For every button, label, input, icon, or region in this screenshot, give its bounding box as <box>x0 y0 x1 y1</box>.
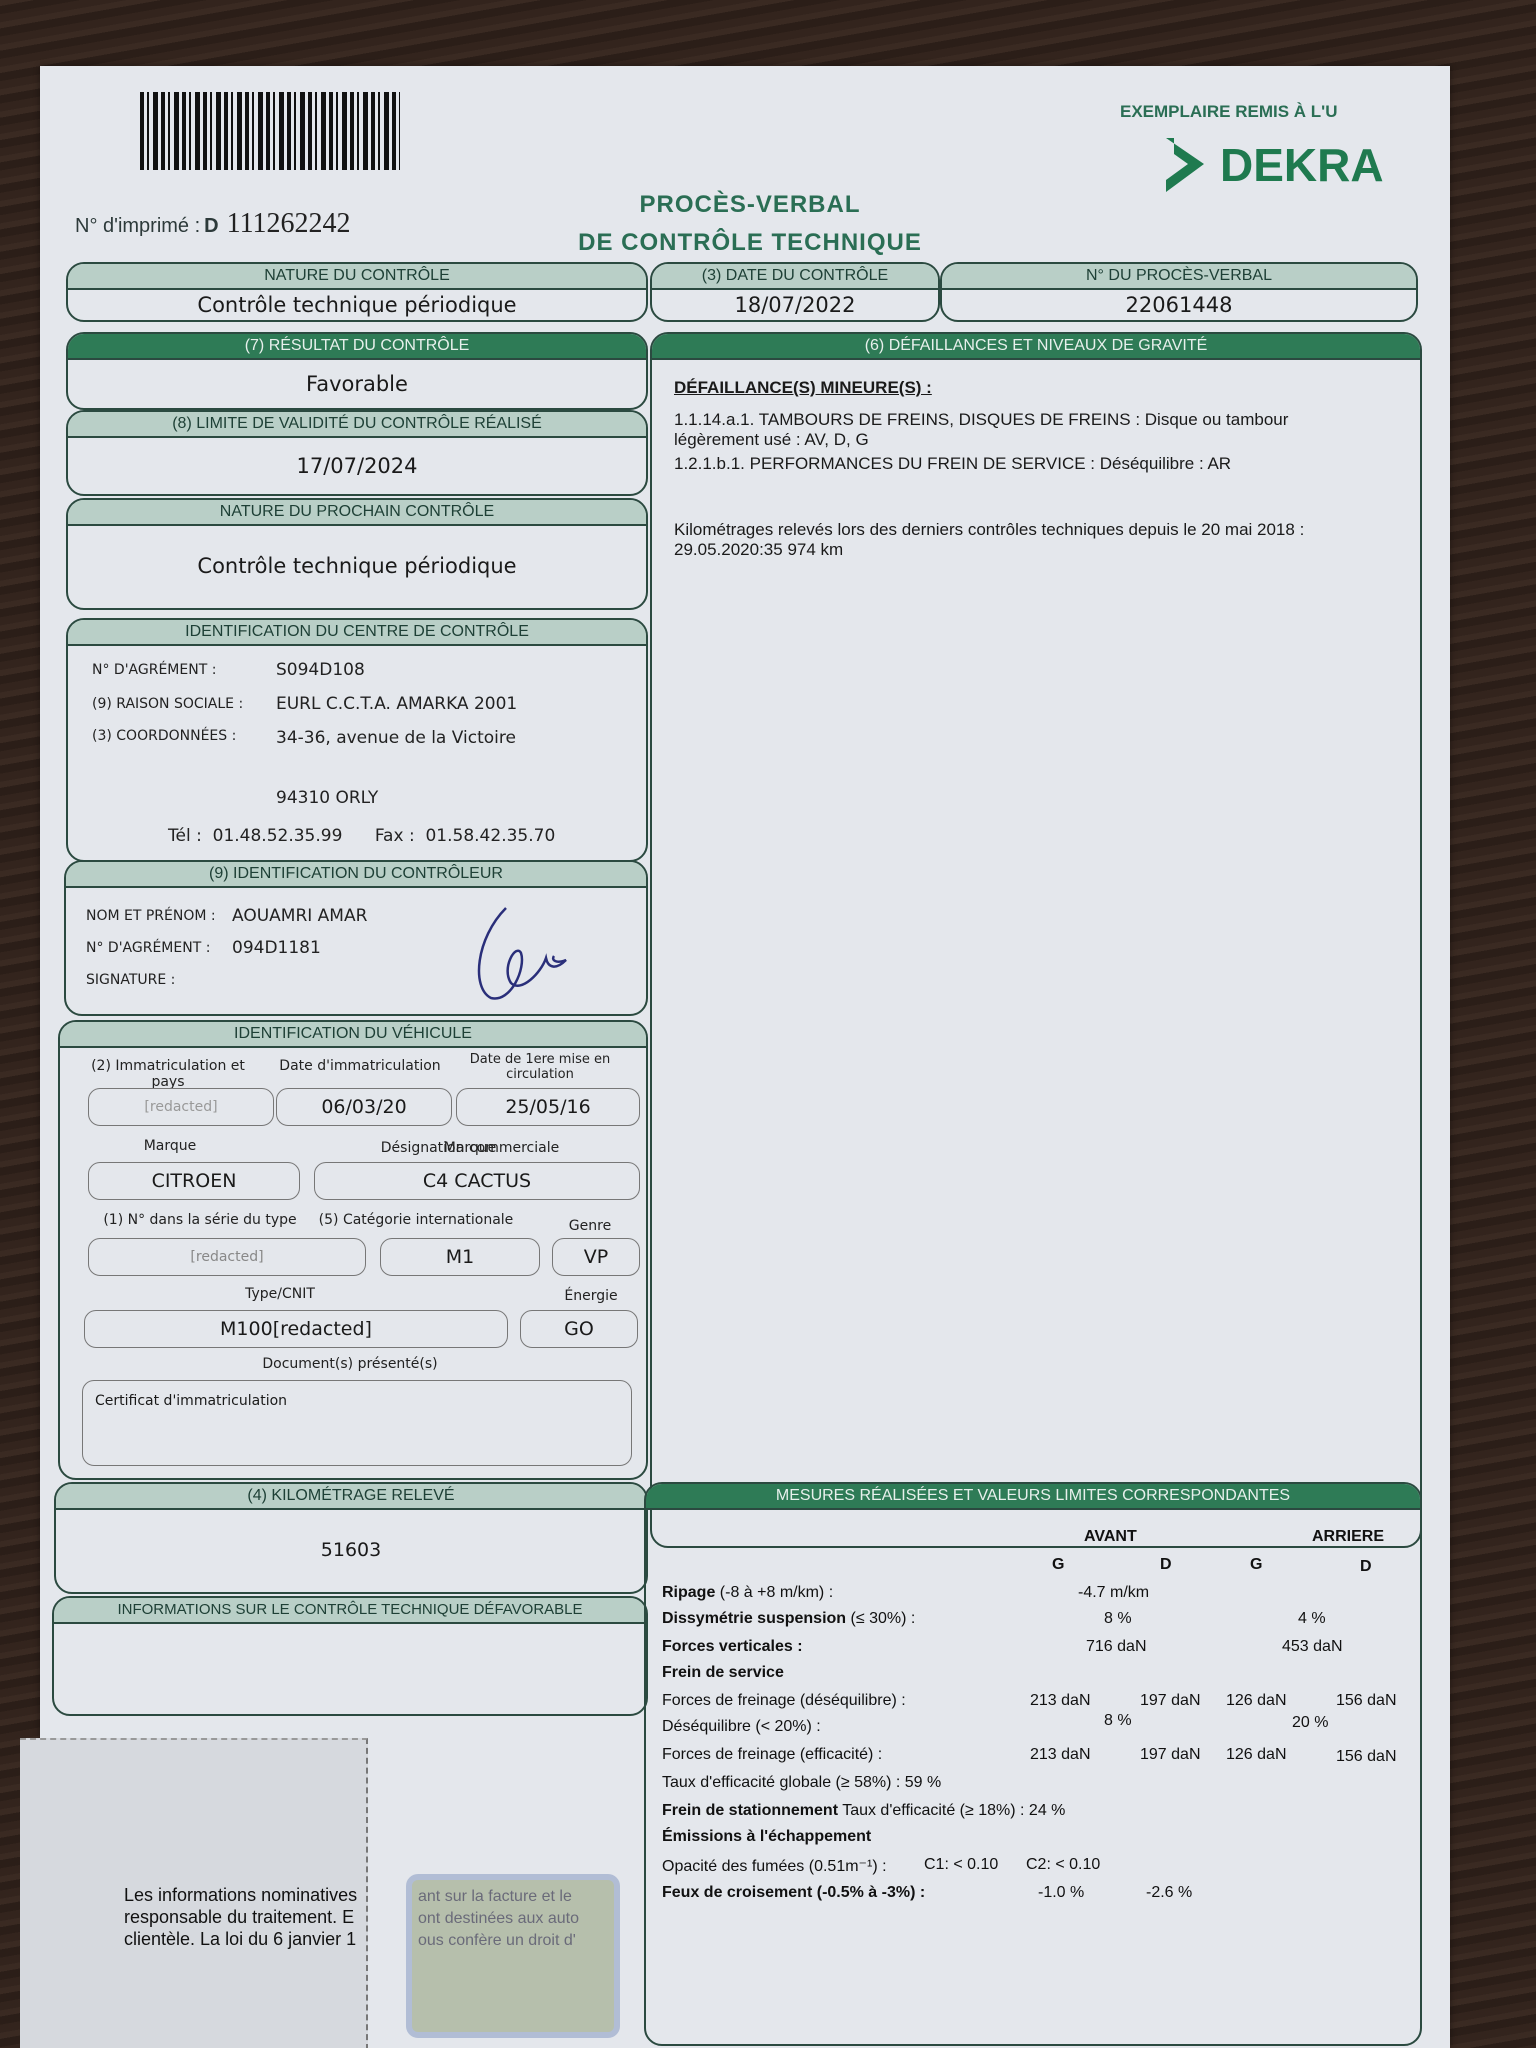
vehicule-box: IDENTIFICATION DU VÉHICULE (2) Immatricu… <box>58 1020 648 1480</box>
forces-vert-arriere: 453 daN <box>1282 1638 1343 1656</box>
defaillances-heading: DÉFAILLANCE(S) MINEURE(S) : <box>674 378 932 398</box>
kilometrage-box: (4) KILOMÉTRAGE RELEVÉ 51603 <box>54 1482 648 1594</box>
freinage-deseq-label: Forces de freinage (déséquilibre) : <box>662 1692 906 1710</box>
controleur-agrement-label: N° D'AGRÉMENT : <box>86 940 210 956</box>
defaillance-item: 1.1.14.a.1. TAMBOURS DE FREINS, DISQUES … <box>674 410 1364 450</box>
deseq-avant: 8 % <box>1104 1712 1132 1730</box>
deseq-label: Déséquilibre (< 20%) : <box>662 1718 821 1736</box>
dissym-arriere: 4 % <box>1298 1610 1326 1628</box>
centre-agrement-label: N° D'AGRÉMENT : <box>92 662 216 678</box>
raison-sociale-label: (9) RAISON SOCIALE : <box>92 696 243 712</box>
validite-box: (8) LIMITE DE VALIDITÉ DU CONTRÔLE RÉALI… <box>66 410 648 496</box>
dekra-logo: DEKRA <box>1162 136 1384 194</box>
title-line1: PROCÈS-VERBAL <box>540 186 960 224</box>
fax-label: Fax : <box>375 826 415 846</box>
avant-d-header: D <box>1160 1556 1172 1574</box>
feux-gauche: -1.0 % <box>1038 1884 1084 1902</box>
kilometrage-value: 51603 <box>56 1510 646 1590</box>
controleur-name-value: AOUAMRI AMAR <box>232 906 367 926</box>
ripage-limit: (-8 à +8 m/km) : <box>720 1584 833 1601</box>
opacite-c1: C1: < 0.10 <box>924 1856 998 1874</box>
privacy-line1: Les informations nominatives <box>124 1884 364 1906</box>
documents-field: Certificat d'immatriculation <box>82 1380 632 1466</box>
controleur-label: (9) IDENTIFICATION DU CONTRÔLEUR <box>66 862 646 888</box>
centre-agrement-value: S094D108 <box>276 660 365 680</box>
stationnement-label: Frein de stationnement <box>662 1802 838 1819</box>
freinage-eff-ar-g: 126 daN <box>1226 1746 1287 1764</box>
taux-global: Taux d'efficacité globale (≥ 58%) : 59 % <box>662 1774 941 1792</box>
defaillances-box: (6) DÉFAILLANCES ET NIVEAUX DE GRAVITÉ D… <box>650 332 1422 1548</box>
mesures-box: MESURES RÉALISÉES ET VALEURS LIMITES COR… <box>644 1482 1422 2046</box>
pv-number-value: 22061448 <box>942 290 1416 320</box>
deseq-arriere: 20 % <box>1292 1714 1328 1732</box>
designation-field: C4 CACTUS <box>314 1162 640 1200</box>
stationnement-value: Taux d'efficacité (≥ 18%) : 24 % <box>842 1802 1065 1819</box>
defavorable-label: INFORMATIONS SUR LE CONTRÔLE TECHNIQUE D… <box>54 1598 646 1624</box>
centre-phone: Tél : 01.48.52.35.99 Fax : 01.58.42.35.7… <box>168 826 555 846</box>
dissym-limit: (≤ 30%) : <box>851 1610 916 1627</box>
feux-row: Feux de croisement (-0.5% à -3%) : <box>662 1884 925 1902</box>
kilometrage-label: (4) KILOMÉTRAGE RELEVÉ <box>56 1484 646 1510</box>
opacite-label: Opacité des fumées (0.51m⁻¹) : <box>662 1856 887 1876</box>
centre-city: 94310 ORLY <box>276 788 378 808</box>
date-immat-field: 06/03/20 <box>276 1088 452 1126</box>
raison-sociale-value: EURL C.C.T.A. AMARKA 2001 <box>276 694 517 714</box>
copy-note: EXEMPLAIRE REMIS À L'U <box>1120 102 1338 122</box>
designation-label: Désignation commerciale <box>310 1140 630 1156</box>
avant-g-header: G <box>1052 1556 1064 1574</box>
mesures-table: AVANT ARRIERE G D G D Ripage (-8 à +8 m/… <box>646 1484 1420 2044</box>
date-controle-box: (3) DATE DU CONTRÔLE 18/07/2022 <box>650 262 940 322</box>
imprime-label: N° d'imprimé : <box>75 215 200 237</box>
resultat-label: (7) RÉSULTAT DU CONTRÔLE <box>68 334 646 360</box>
prochain-controle-label: NATURE DU PROCHAIN CONTRÔLE <box>68 500 646 526</box>
barcode <box>140 92 400 170</box>
freinage-deseq-av-g: 213 daN <box>1030 1692 1091 1710</box>
title-line2: DE CONTRÔLE TECHNIQUE <box>540 224 960 262</box>
validite-label: (8) LIMITE DE VALIDITÉ DU CONTRÔLE RÉALI… <box>68 412 646 438</box>
controleur-agrement-value: 094D1181 <box>232 938 321 958</box>
date-controle-label: (3) DATE DU CONTRÔLE <box>652 264 938 290</box>
genre-label: Genre <box>550 1218 630 1234</box>
pv-number-box: N° DU PROCÈS-VERBAL 22061448 <box>940 262 1418 322</box>
frein-service-label: Frein de service <box>662 1664 784 1682</box>
energie-field: GO <box>520 1310 638 1348</box>
privacy-line3: clientèle. La loi du 6 janvier 1 <box>124 1928 364 1950</box>
km-history-title: Kilométrages relevés lors des derniers c… <box>674 520 1374 540</box>
freinage-eff-av-d: 197 daN <box>1140 1746 1201 1764</box>
ripage-value: -4.7 m/km <box>1078 1584 1149 1602</box>
documents-label: Document(s) présenté(s) <box>210 1356 490 1372</box>
tel-label: Tél : <box>168 826 202 846</box>
dissym-label: Dissymétrie suspension <box>662 1610 846 1627</box>
fax-value: 01.58.42.35.70 <box>425 826 555 846</box>
arriere-header: ARRIERE <box>1312 1528 1384 1546</box>
km-history-value: 29.05.2020:35 974 km <box>674 540 843 560</box>
emissions-label: Émissions à l'échappement <box>662 1828 871 1846</box>
controleur-box: (9) IDENTIFICATION DU CONTRÔLEUR NOM ET … <box>64 860 648 1016</box>
window-line3: ous confère un droit d' <box>418 1930 608 1952</box>
marque-label: Marque <box>90 1138 250 1154</box>
nature-controle-box: NATURE DU CONTRÔLE Contrôle technique pé… <box>66 262 648 322</box>
privacy-notice: Les informations nominatives responsable… <box>124 1884 364 1950</box>
immat-field: [redacted] <box>88 1088 274 1126</box>
date-controle-value: 18/07/2022 <box>652 290 938 320</box>
defaillances-label: (6) DÉFAILLANCES ET NIVEAUX DE GRAVITÉ <box>652 334 1420 360</box>
centre-controle-box: IDENTIFICATION DU CENTRE DE CONTRÔLE N° … <box>66 618 648 862</box>
freinage-eff-av-g: 213 daN <box>1030 1746 1091 1764</box>
brand-name: DEKRA <box>1220 138 1384 192</box>
freinage-deseq-av-d: 197 daN <box>1140 1692 1201 1710</box>
window-line1: ant sur la facture et le <box>418 1886 608 1908</box>
nature-controle-value: Contrôle technique périodique <box>68 290 646 320</box>
tel-value: 01.48.52.35.99 <box>213 826 343 846</box>
type-cnit-field: M100[redacted] <box>84 1310 508 1348</box>
serie-label: (1) N° dans la série du type <box>100 1212 300 1228</box>
imprime-value: 111262242 <box>227 208 351 239</box>
freinage-deseq-ar-g: 126 daN <box>1226 1692 1287 1710</box>
ripage-label: Ripage <box>662 1584 715 1601</box>
signature-icon <box>466 898 586 1008</box>
imprime-number: N° d'imprimé :D111262242 <box>75 208 351 240</box>
dissym-row: Dissymétrie suspension (≤ 30%) : <box>662 1610 915 1628</box>
envelope-window: ant sur la facture et le ont destinées a… <box>406 1874 620 2038</box>
categorie-field: M1 <box>380 1238 540 1276</box>
ripage-row: Ripage (-8 à +8 m/km) : <box>662 1584 833 1602</box>
immat-label: (2) Immatriculation et pays <box>78 1058 258 1090</box>
opacite-c2: C2: < 0.10 <box>1026 1856 1100 1874</box>
document-title: PROCÈS-VERBAL DE CONTRÔLE TECHNIQUE <box>540 186 960 262</box>
vehicule-label: IDENTIFICATION DU VÉHICULE <box>60 1022 646 1048</box>
defavorable-box: INFORMATIONS SUR LE CONTRÔLE TECHNIQUE D… <box>52 1596 648 1716</box>
dissym-avant: 8 % <box>1104 1610 1132 1628</box>
signature-label: SIGNATURE : <box>86 972 175 988</box>
serie-field: [redacted] <box>88 1238 366 1276</box>
coordonnees-label: (3) COORDONNÉES : <box>92 728 236 744</box>
centre-address: 34-36, avenue de la Victoire <box>276 728 516 748</box>
nature-controle-label: NATURE DU CONTRÔLE <box>68 264 646 290</box>
resultat-value: Favorable <box>68 360 646 408</box>
arriere-g-header: G <box>1250 1556 1262 1574</box>
dekra-arrow-icon <box>1162 136 1208 194</box>
categorie-label: (5) Catégorie internationale <box>316 1212 516 1228</box>
forces-vert-label: Forces verticales : <box>662 1638 803 1656</box>
resultat-box: (7) RÉSULTAT DU CONTRÔLE Favorable <box>66 332 648 410</box>
first-circ-label: Date de 1ere mise en circulation <box>460 1052 620 1082</box>
genre-field: VP <box>552 1238 640 1276</box>
centre-controle-label: IDENTIFICATION DU CENTRE DE CONTRÔLE <box>68 620 646 646</box>
freinage-eff-ar-d: 156 daN <box>1336 1748 1397 1766</box>
privacy-line2: responsable du traitement. E <box>124 1906 364 1928</box>
prochain-controle-box: NATURE DU PROCHAIN CONTRÔLE Contrôle tec… <box>66 498 648 610</box>
pv-number-label: N° DU PROCÈS-VERBAL <box>942 264 1416 290</box>
freinage-eff-label: Forces de freinage (efficacité) : <box>662 1746 882 1764</box>
feux-droite: -2.6 % <box>1146 1884 1192 1902</box>
document-page: N° d'imprimé :D111262242 PROCÈS-VERBAL D… <box>40 66 1450 2048</box>
validite-value: 17/07/2024 <box>68 438 646 494</box>
first-circ-field: 25/05/16 <box>456 1088 640 1126</box>
date-immat-label: Date d'immatriculation <box>270 1058 450 1074</box>
defaillance-item: 1.2.1.b.1. PERFORMANCES DU FREIN DE SERV… <box>674 454 1364 474</box>
window-line2: ont destinées aux auto <box>418 1908 608 1930</box>
imprime-prefix: D <box>204 215 218 237</box>
controleur-name-label: NOM ET PRÉNOM : <box>86 908 216 924</box>
freinage-deseq-ar-d: 156 daN <box>1336 1692 1397 1710</box>
marque-field: CITROEN <box>88 1162 300 1200</box>
forces-vert-avant: 716 daN <box>1086 1638 1147 1656</box>
energie-label: Énergie <box>546 1288 636 1304</box>
prochain-controle-value: Contrôle technique périodique <box>68 526 646 606</box>
feux-limit: (-0.5% à -3%) : <box>817 1884 925 1901</box>
arriere-d-header: D <box>1360 1558 1372 1576</box>
avant-header: AVANT <box>1084 1528 1137 1546</box>
feux-label: Feux de croisement <box>662 1884 812 1901</box>
type-cnit-label: Type/CNIT <box>180 1286 380 1302</box>
stationnement-row: Frein de stationnement Taux d'efficacité… <box>662 1802 1065 1820</box>
